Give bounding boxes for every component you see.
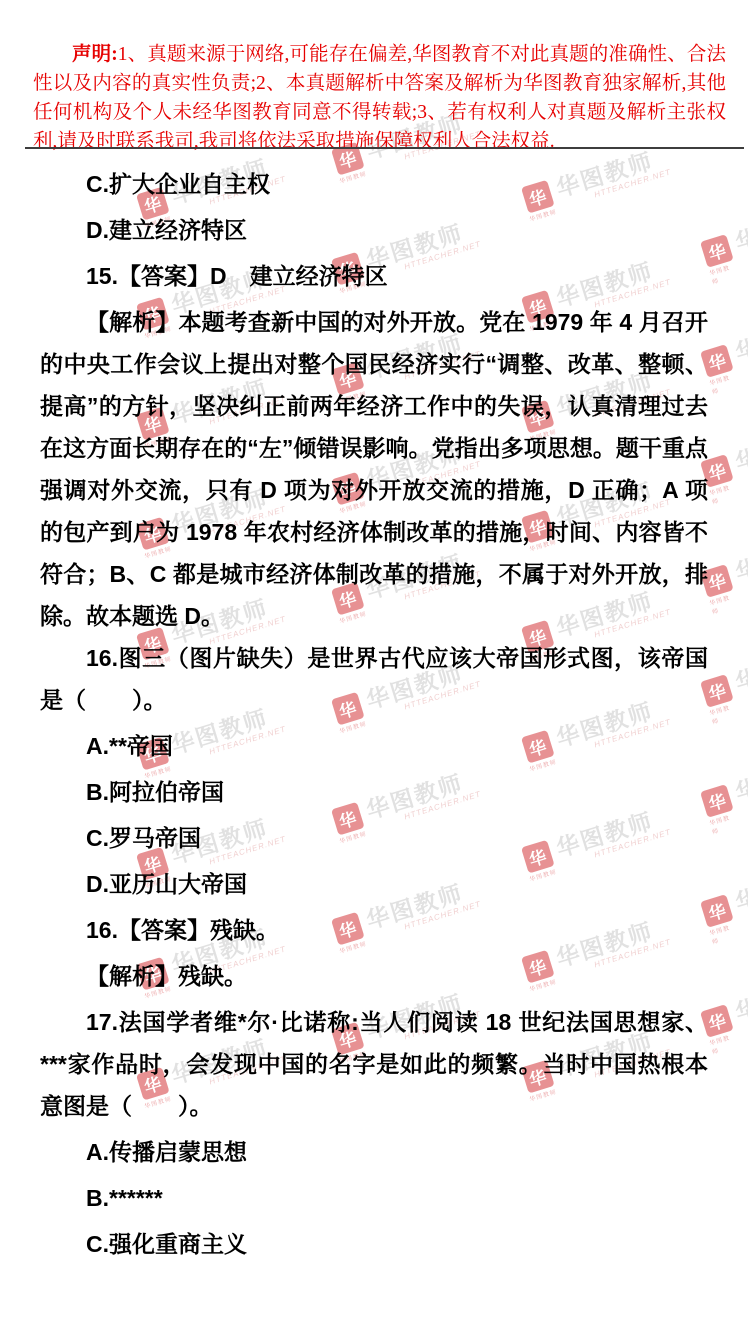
document-page: 声明:1、真题来源于网络,可能存在偏差,华图教育不对此真题的准确性、合法性以及内…	[0, 0, 748, 1335]
body-paragraph: 16.【答案】残缺。	[40, 909, 708, 951]
disclaimer-text: 1、真题来源于网络,可能存在偏差,华图教育不对此真题的准确性、合法性以及内容的真…	[33, 44, 726, 152]
body-paragraph: C.罗马帝国	[40, 817, 708, 859]
divider-line	[25, 147, 744, 149]
disclaimer-label: 声明:	[72, 44, 118, 65]
body-paragraph: 【解析】本题考查新中国的对外开放。党在 1979 年 4 月召开的中央工作会议上…	[40, 301, 708, 637]
body-paragraph: C.扩大企业自主权	[40, 163, 708, 205]
body-paragraph: A.传播启蒙思想	[40, 1131, 708, 1173]
body-paragraph: B.阿拉伯帝国	[40, 771, 708, 813]
disclaimer-notice: 声明:1、真题来源于网络,可能存在偏差,华图教育不对此真题的准确性、合法性以及内…	[33, 40, 726, 156]
body-paragraph: D.建立经济特区	[40, 209, 708, 251]
body-paragraph: 17.法国学者维*尔·比诺称:当人们阅读 18 世纪法国思想家、***家作品时，…	[40, 1001, 708, 1127]
body-paragraph: 15.【答案】D 建立经济特区	[40, 255, 708, 297]
body-paragraph: B.******	[40, 1177, 708, 1219]
body-paragraph: A.**帝国	[40, 725, 708, 767]
body-paragraph: 【解析】残缺。	[40, 955, 708, 997]
body-paragraph: C.强化重商主义	[40, 1223, 708, 1265]
body-paragraph: D.亚历山大帝国	[40, 863, 708, 905]
body-paragraph: 16.图三（图片缺失）是世界古代应该大帝国形式图，该帝国是（ ）。	[40, 637, 708, 721]
document-body: C.扩大企业自主权D.建立经济特区15.【答案】D 建立经济特区【解析】本题考查…	[40, 159, 708, 1269]
